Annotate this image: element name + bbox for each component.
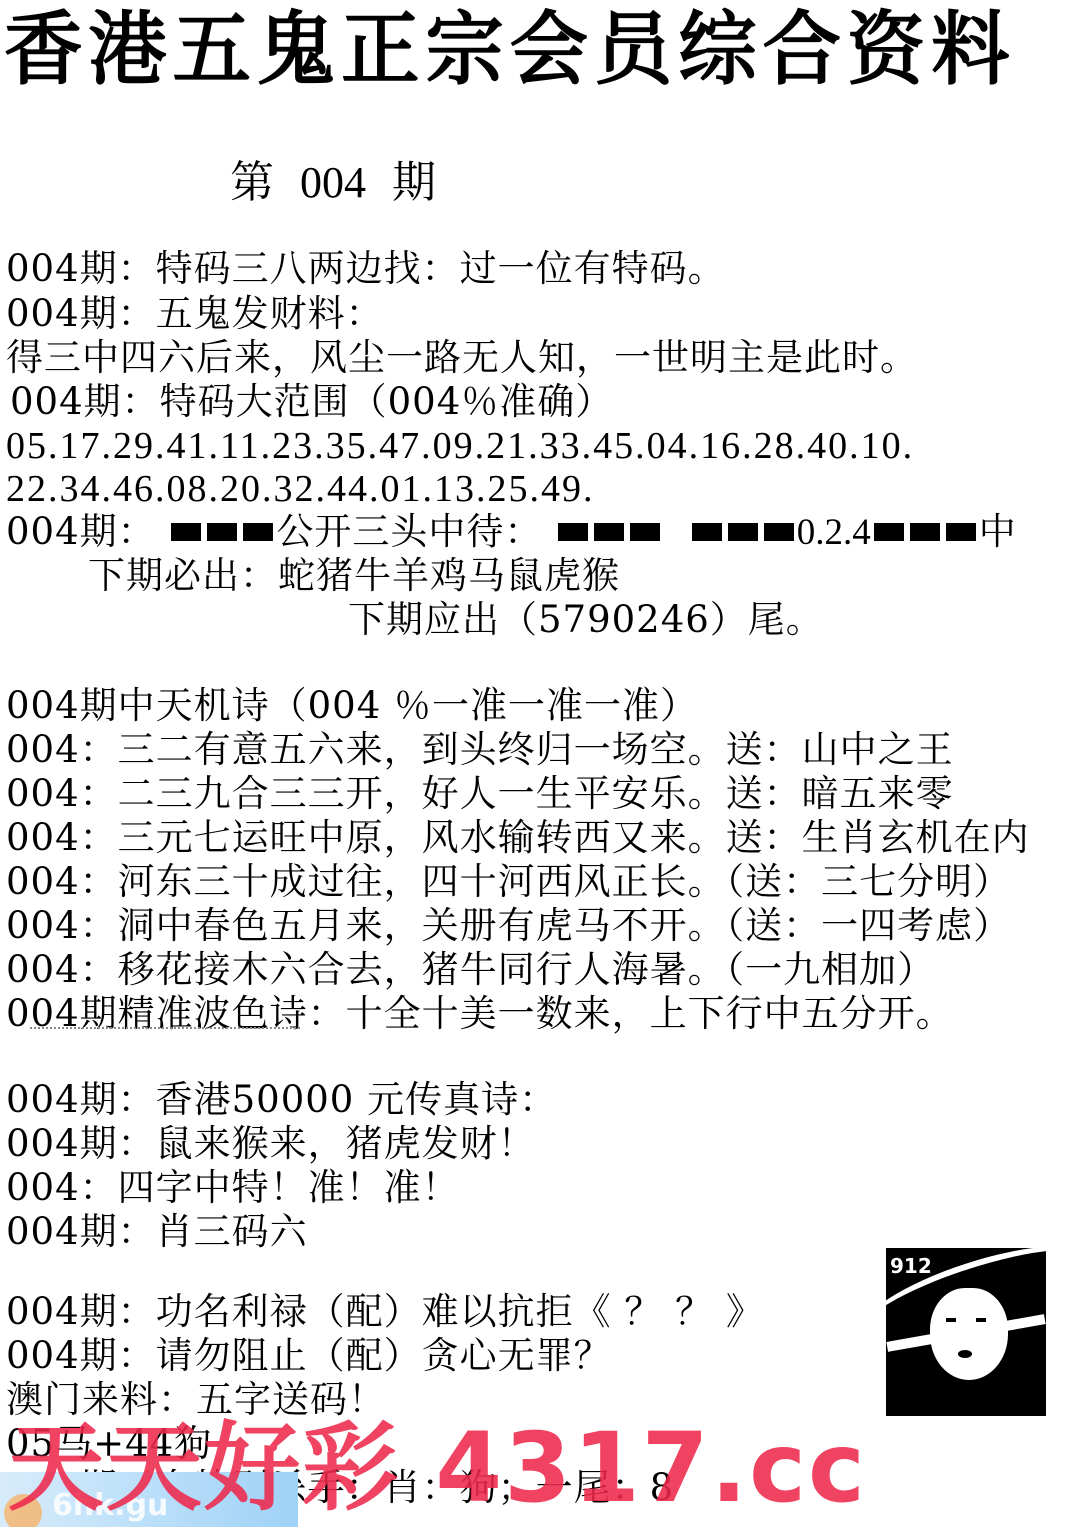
redacted-block [630, 523, 660, 541]
redacted-block [874, 523, 904, 541]
faint-scan-residue [30, 1027, 300, 1032]
number-list-row: 05.17.29.41.11.23.35.47.09.21.33.45.04.1… [6, 424, 914, 468]
redacted-block [728, 523, 758, 541]
tail-line: 下期应出（5790246）尾。 [348, 598, 824, 642]
issue-number: 004 [300, 158, 366, 207]
text-line: 004期：香港50000 元传真诗： [6, 1078, 557, 1122]
poem-line: 004：洞中春色五月来，关册有虎马不开。（送：一四考虑） [6, 904, 1011, 948]
text-line: 004期：肖三码六 [6, 1210, 308, 1254]
poem-line: 004：二三九合三三开，好人一生平安乐。送：暗五来零 [6, 772, 954, 816]
page-title: 香港五鬼正宗会员综合资料 [4, 2, 1015, 98]
text-line: 004期：功名利禄（配）难以抗拒《 ？ ？ 》 [6, 1290, 764, 1334]
three-heads-line: 004期： 公开三头中待： 0.2.4中 [6, 510, 1017, 555]
text-line: 得三中四六后来，风尘一路无人知，一世明主是此时。 [6, 336, 918, 380]
redacted-block [594, 523, 624, 541]
text-line: 004期：请勿阻止（配）贪心无罪？ [6, 1334, 612, 1378]
redacted-block [243, 523, 273, 541]
portrait-photo: 912 [886, 1248, 1046, 1416]
poem-line: 004：三二有意五六来，到头终归一场空。送：山中之王 [6, 728, 954, 772]
redacted-block [910, 523, 940, 541]
poem-line: 004：移花接木六合去，猪牛同行人海暑。（一九相加） [6, 948, 935, 992]
redacted-block [171, 523, 201, 541]
redacted-block [764, 523, 794, 541]
redacted-block [558, 523, 588, 541]
number-list-row: 22.34.46.08.20.32.44.01.13.25.49. [6, 467, 595, 511]
text-line: 004：四字中特！准！准！ [6, 1166, 460, 1210]
issue-suffix: 期 [392, 157, 436, 208]
poem-heading: 004期中天机诗（004 ％一准一准一准） [6, 684, 698, 728]
poem-line: 004：河东三十成过往，四十河西风正长。（送：三七分明） [6, 860, 1011, 904]
redacted-block [692, 523, 722, 541]
watermark-text: 天天好彩 4317.cc [8, 1418, 867, 1518]
issue-heading: 第004期 [230, 155, 436, 211]
text-line: 004期：特码大范围（004％准确） [10, 380, 613, 424]
zodiac-line: 下期必出：蛇猪牛羊鸡马鼠虎猴 [88, 554, 620, 598]
issue-prefix: 第 [230, 157, 274, 208]
redacted-block [207, 523, 237, 541]
text-line: 004期：五鬼发财料： [6, 292, 384, 336]
photo-tag: 912 [890, 1254, 932, 1278]
face [930, 1288, 1008, 1380]
text-line: 004期：鼠来猴来，猪虎发财！ [6, 1122, 536, 1166]
redacted-block [946, 523, 976, 541]
poem-line: 004：三元七运旺中原，风水输转西又来。送：生肖玄机在内 [6, 816, 1030, 860]
text-line: 004期：特码三八两边找：过一位有特码。 [6, 247, 726, 291]
